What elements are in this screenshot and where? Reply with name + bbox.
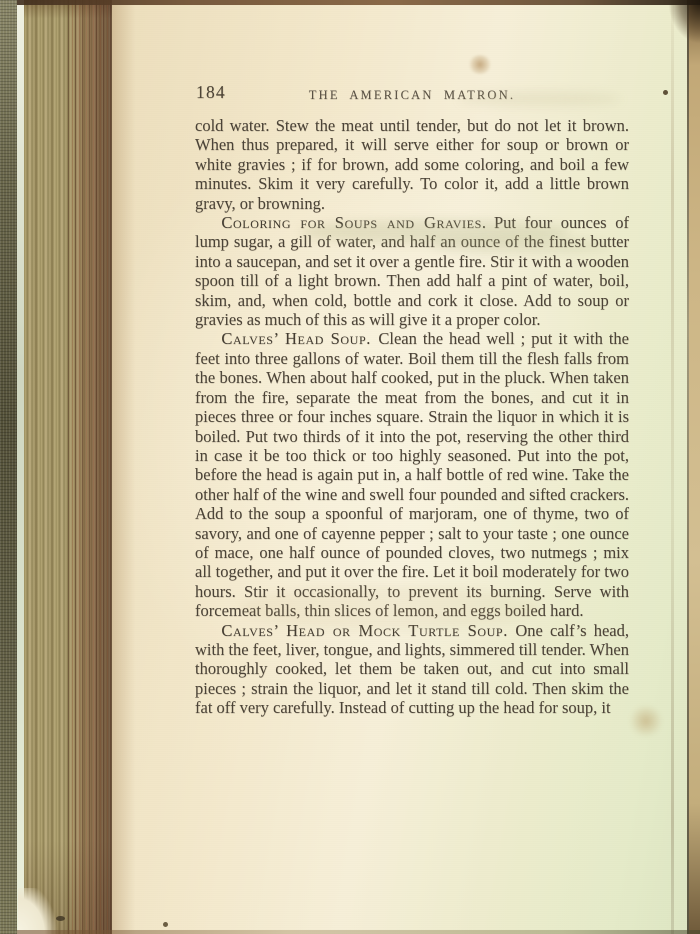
recipe-heading: Calves’ Head Soup.: [221, 329, 371, 348]
recipe-heading: Coloring for Soups and Gravies.: [221, 213, 486, 232]
flyleaf-edge: [17, 0, 24, 934]
paragraph-text: cold water. Stew the meat until tender, …: [195, 116, 629, 213]
page-header: 184 THE AMERICAN MATRON.: [195, 82, 629, 106]
fanned-page-edges: [24, 0, 112, 934]
paragraph-coloring-for-soups: Coloring for Soups and Gravies.Put four …: [195, 213, 629, 329]
page-crease: [671, 0, 674, 934]
page-edge-speck: [56, 916, 65, 921]
paper-speck: [163, 922, 168, 927]
running-header: THE AMERICAN MATRON.: [195, 88, 629, 103]
paragraph-calves-head-soup: Calves’ Head Soup.Clean the head well ; …: [195, 329, 629, 620]
paper-speck: [663, 90, 668, 95]
bottom-page-curl: [18, 888, 68, 934]
paragraph-mock-turtle-soup: Calves’ Head or Mock Turtle Soup.One cal…: [195, 621, 629, 718]
page-bottom-edge: [17, 930, 700, 934]
page-text-block: cold water. Stew the meat until tender, …: [195, 116, 629, 718]
page-top-edge: [17, 0, 700, 5]
book-page: 184 THE AMERICAN MATRON. cold water. Ste…: [112, 0, 700, 934]
book-scan-photo: 184 THE AMERICAN MATRON. cold water. Ste…: [0, 0, 700, 934]
paragraph-continuation: cold water. Stew the meat until tender, …: [195, 116, 629, 213]
fanned-page-edges-inner: [68, 0, 112, 934]
book-cover-cloth: [0, 0, 17, 934]
page-right-edge-strip: [689, 0, 700, 934]
recipe-heading: Calves’ Head or Mock Turtle Soup.: [221, 621, 508, 640]
paragraph-text: Clean the head well ; put it with the fe…: [195, 329, 629, 620]
top-right-corner-shadow: [662, 0, 700, 62]
